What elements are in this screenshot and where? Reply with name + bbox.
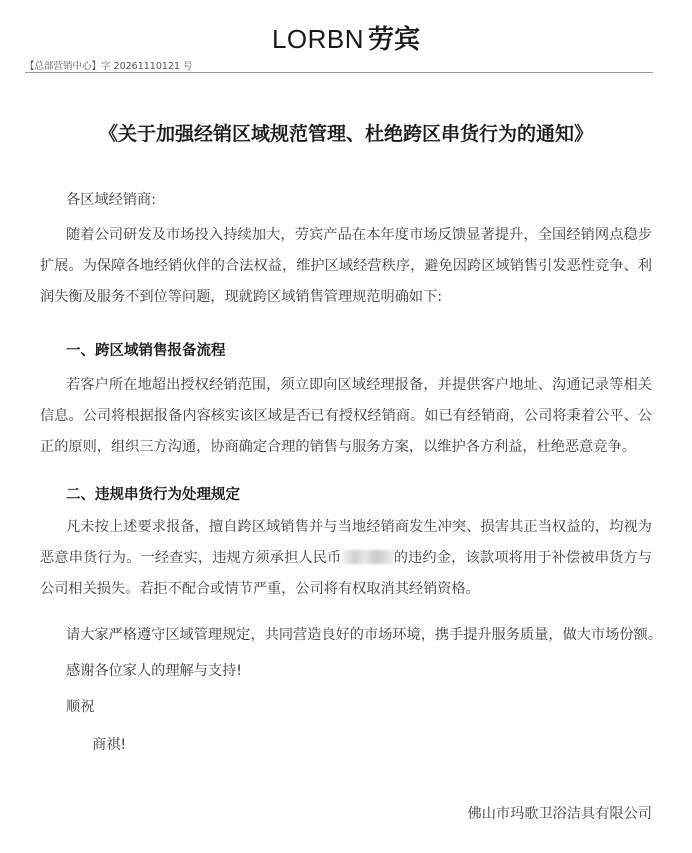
closing-request: 请大家严格遵守区域管理规定，共同营造良好的市场环境，携手提升服务质量，做大市场份… <box>66 620 662 651</box>
thanks-line: 感谢各位家人的理解与支持! <box>66 656 242 687</box>
wishes-line: 商祺! <box>92 730 126 761</box>
company-signature: 佛山市玛歌卫浴洁具有限公司 <box>468 803 652 825</box>
salutation: 各区域经销商: <box>66 185 156 216</box>
document-title: 《关于加强经销区域规范管理、杜绝跨区串货行为的通知》 <box>0 121 692 147</box>
section-paragraph-2: 凡未按上述要求报备，擅自跨区域销售并与当地经销商发生冲突、损害其正当权益的，均视… <box>40 512 652 605</box>
brand-logo-latin: LORBN <box>272 24 364 54</box>
intro-paragraph: 随着公司研发及市场投入持续加大，劳宾产品在本年度市场反馈显著提升，全国经销网点稳… <box>40 220 652 313</box>
redacted-penalty-amount <box>342 550 394 564</box>
section-heading-2: 二、违规串货行为处理规定 <box>66 484 240 506</box>
brand-logo-chinese: 劳宾 <box>368 25 420 55</box>
regards-line: 顺祝 <box>66 692 94 723</box>
section-paragraph-1: 若客户所在地超出授权经销范围，须立即向区域经理报备，并提供客户地址、沟通记录等相… <box>40 370 652 463</box>
header-divider <box>25 72 653 73</box>
brand-logo: LORBN劳宾 <box>0 24 692 55</box>
section-heading-1: 一、跨区域销售报备流程 <box>66 340 226 362</box>
